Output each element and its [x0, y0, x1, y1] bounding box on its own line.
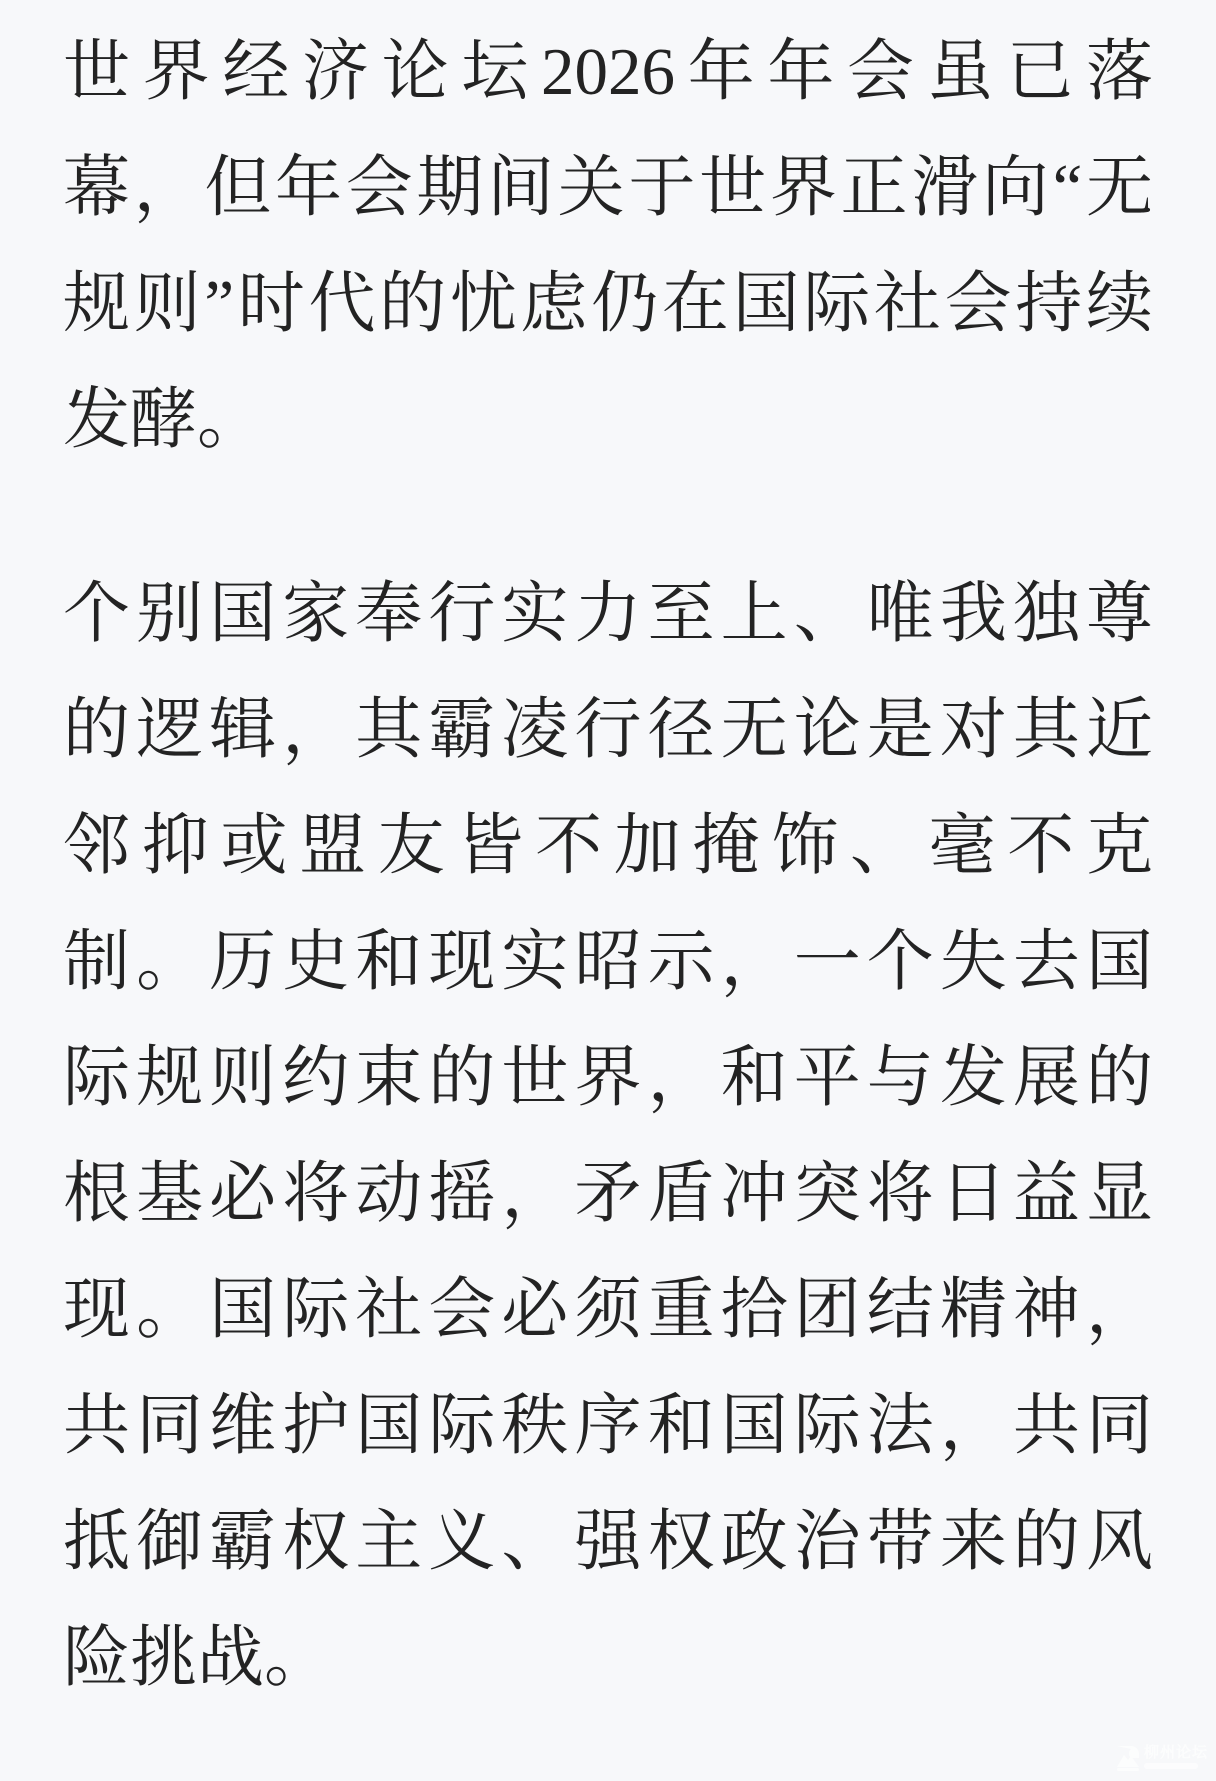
- paragraph: 世界经济论坛2026年年会虽已落 幕，但年会期间关于世界正滑向“无 规则”时代的…: [63, 14, 1153, 478]
- text-line: 规则”时代的忧虑仍在国际社会持续: [63, 246, 1153, 362]
- mountain-logo-icon: [1116, 1745, 1140, 1771]
- text-line: 险挑战。: [63, 1600, 1153, 1716]
- watermark-text-block: 柳州论坛: [1144, 1745, 1208, 1769]
- text-line: 抵御霸权主义、强权政治带来的风: [63, 1484, 1153, 1600]
- article-text: 世界经济论坛2026年年会虽已落 幕，但年会期间关于世界正滑向“无 规则”时代的…: [0, 0, 1216, 1716]
- text-line: 共同维护国际秩序和国际法，共同: [63, 1368, 1153, 1484]
- watermark-subtext-bar: [1144, 1763, 1198, 1769]
- text-line: 根基必将动摇，矛盾冲突将日益显: [63, 1136, 1153, 1252]
- watermark: 柳州论坛: [1116, 1745, 1208, 1771]
- text-line: 的逻辑，其霸凌行径无论是对其近: [63, 672, 1153, 788]
- text-line: 发酵。: [63, 362, 1153, 478]
- text-line: 现。国际社会必须重拾团结精神，: [63, 1252, 1153, 1368]
- watermark-site-name: 柳州论坛: [1144, 1745, 1208, 1761]
- text-line: 制。历史和现实昭示，一个失去国: [63, 904, 1153, 1020]
- text-line: 世界经济论坛2026年年会虽已落: [63, 14, 1153, 130]
- text-line: 际规则约束的世界，和平与发展的: [63, 1020, 1153, 1136]
- text-line: 幕，但年会期间关于世界正滑向“无: [63, 130, 1153, 246]
- paragraph: 个别国家奉行实力至上、唯我独尊 的逻辑，其霸凌行径无论是对其近 邻抑或盟友皆不加…: [63, 556, 1153, 1716]
- text-line: 邻抑或盟友皆不加掩饰、毫不克: [63, 788, 1153, 904]
- text-line: 个别国家奉行实力至上、唯我独尊: [63, 556, 1153, 672]
